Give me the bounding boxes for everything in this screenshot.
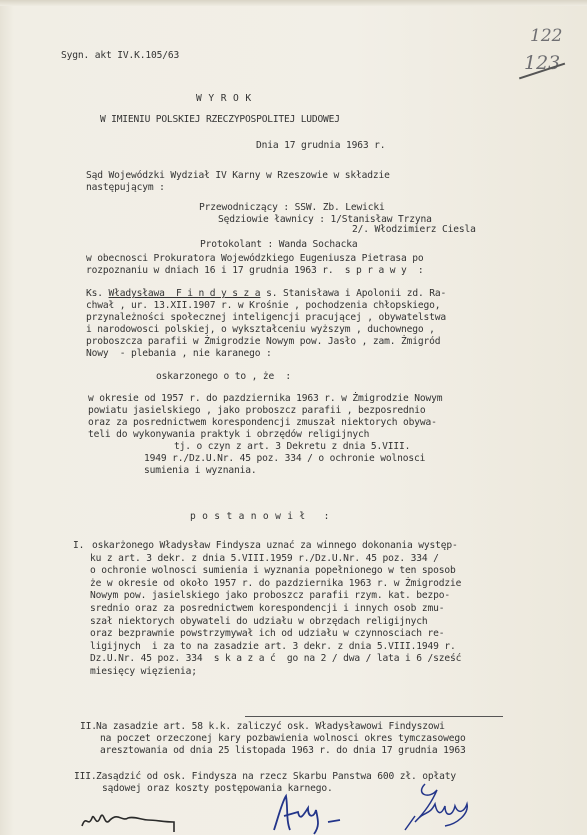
folio-number: 122 — [530, 26, 562, 46]
point-2-line: na poczet orzeczonej kary pozbawienia wo… — [100, 733, 466, 745]
point-2-line: Na zasadzie art. 58 k.k. zaliczyć osk. W… — [96, 721, 445, 733]
point-1-line: oskarżonego Władysław Findysza uznać za … — [92, 540, 458, 552]
panel-chair: Przewodniczący : SSW. Zb. Lewicki — [199, 202, 385, 214]
charge-legal-2: 1949 r./Dz.U.Nr. 45 poz. 334 / o ochroni… — [144, 453, 425, 465]
charge-header: oskarzonego o to , że : — [156, 371, 291, 383]
charge-line-4: teli do wykonywania praktyk i obrzędów r… — [88, 429, 369, 441]
court-line-2: następującym : — [86, 182, 165, 194]
point-1-line: ligijnych i za to na zasadzie art. 3 dek… — [90, 641, 456, 653]
case-number: Sygn. akt IV.K.105/63 — [61, 50, 179, 62]
signature-3 — [385, 780, 475, 835]
defendant-line-1: Ks. Władysława F i n d y s z a s. Stanis… — [86, 288, 446, 300]
defendant-line-4: i narodowosci polskiej, o wykształceniu … — [86, 324, 435, 336]
point-1-numeral: I. — [73, 540, 84, 552]
closing-rule — [245, 716, 503, 717]
point-1-line: Nowym pow. jasielskiego jako proboszcz p… — [90, 590, 450, 602]
charge-legal-1: tj. o czyn z art. 3 Dekretu z dnia 5.VII… — [174, 441, 410, 453]
point-1-line: Dz.U.Nr. 45 poz. 334 s k a z a ć go na 2… — [90, 653, 461, 665]
page-edge — [0, 0, 587, 6]
signature-1 — [78, 804, 188, 835]
charge-line-2: powiatu jasielskiego , jako proboszcz pa… — [88, 405, 426, 417]
defendant-line-5: proboszcza parafii w Żmigrodzie Nowym po… — [86, 336, 440, 348]
defendant-line-6: Nowy - plebania , nie karanego : — [86, 348, 272, 360]
charge-line-1: w okresie od 1957 r. do pazdziernika 196… — [88, 393, 442, 405]
presence-line-1: w obecnosci Prokuratora Wojewódzkiego Eu… — [86, 253, 424, 265]
point-1-line: srednio oraz za posrednictwem koresponde… — [90, 603, 444, 615]
charge-legal-3: sumienia i wyznania. — [144, 465, 257, 477]
point-1-line: szał niektorych obywateli do udziału w o… — [90, 616, 428, 628]
defendant-prefix: Ks. — [86, 288, 103, 299]
document-title: W Y R O K — [196, 93, 252, 105]
point-1-line: oraz bezprawnie powstrzymywał ich od udz… — [90, 628, 444, 640]
defendant-parents: s. Stanisława i Apolonii zd. Ra- — [260, 288, 446, 299]
point-1-line: o ochronie wolnosci sumienia i wyznania … — [90, 565, 456, 577]
panel-clerk: Protokolant : Wanda Sochacka — [200, 239, 358, 251]
defendant-name: Władysława F i n d y s z a — [109, 288, 261, 299]
point-3-numeral: III. — [74, 771, 97, 783]
presence-line-2: rozpoznaniu w dniach 16 i 17 grudnia 196… — [86, 265, 424, 277]
defendant-line-3: przynależności społecznej inteligencji p… — [86, 312, 446, 324]
point-1-line: ku z art. 3 dekr. z dnia 5.VIII.1959 r./… — [90, 553, 439, 565]
charge-line-3: oraz za posrednictwem korespondencji zmu… — [88, 417, 437, 429]
point-1-line: miesięcy więzienia; — [90, 666, 197, 678]
document-subtitle: W IMIENIU POLSKIEJ RZECZYPOSPOLITEJ LUDO… — [100, 114, 340, 126]
point-2-line: aresztowania od dnia 25 listopada 1963 r… — [100, 745, 466, 757]
decision-header: p o s t a n o w i ł : — [190, 511, 330, 523]
court-line-1: Sąd Wojewódzki Wydział IV Karny w Rzeszo… — [86, 170, 390, 182]
defendant-line-2: chwał , ur. 13.XII.1907 r. w Krośnie , p… — [86, 300, 440, 312]
panel-lay-judges-2: 2/. Włodzimierz Ciesla — [352, 224, 476, 236]
point-1-line: że w okresie od około 1957 r. do pazdzie… — [90, 578, 461, 590]
point-2-numeral: II. — [80, 721, 97, 733]
document-page: Sygn. akt IV.K.105/63 122 123 W Y R O K … — [0, 0, 587, 835]
signature-2 — [268, 792, 348, 835]
date-line: Dnia 17 grudnia 1963 r. — [256, 140, 385, 152]
